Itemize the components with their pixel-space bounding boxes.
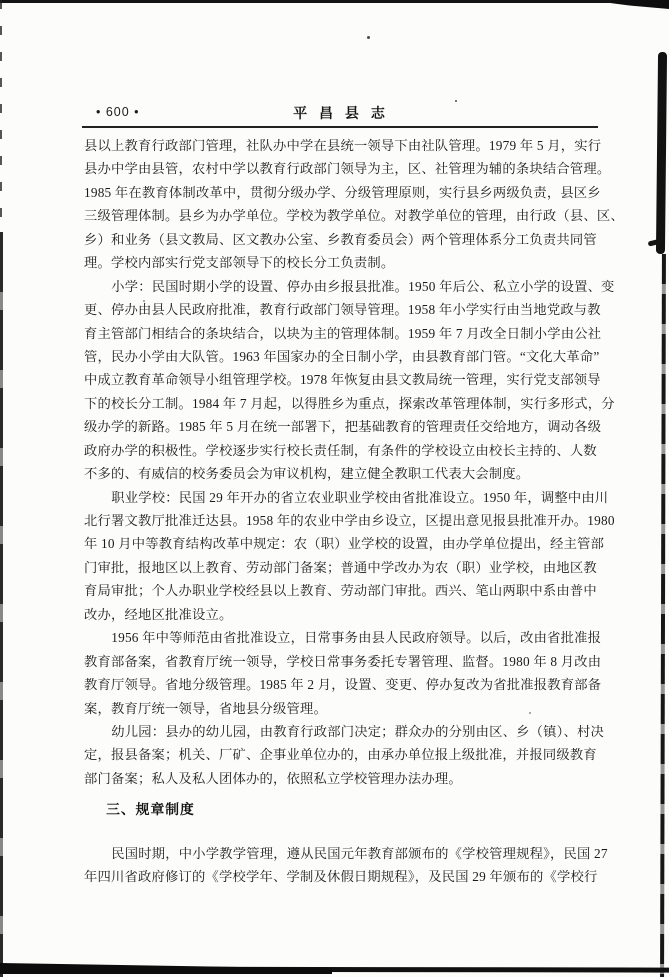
scan-edge-top-right	[611, 0, 669, 9]
text-line: 理。学校内部实行党支部领导下的校长分工负责制。	[84, 251, 596, 274]
section-heading: 三、规章制度	[84, 798, 596, 821]
scanned-book-page: • 600 • 平 昌 县 志 县以上教育行政部门管理，社队办中学在县统一领导下…	[0, 0, 669, 977]
text-line: 年 10 月中等教育结构改革中规定：农（职）业学校的设置，由办学单位提出，经主管…	[84, 532, 596, 555]
scan-speck	[455, 100, 457, 102]
text-line: 乡）和业务（县文教局、区文教办公室、乡教育委员会）两个管理体系分工负责共同管	[84, 228, 596, 251]
text-line: 部门备案；私人及私人团体办的，依照私立学校管理办法办理。	[84, 767, 596, 790]
text-line: 三级管理体制。县乡为办学单位。学校为教学单位。对教学单位的管理，由行政（县、区、	[84, 204, 596, 227]
text-line: 政府办学的积极性。学校逐步实行校长责任制，有条件的学校设立由校长主持的、人数	[84, 439, 596, 462]
scan-edge-bottom-left	[0, 961, 332, 974]
text-line: 级办学的新路。1985 年 5 月在统一部署下，把基础教育的管理责任交给地方，调…	[84, 415, 596, 438]
text-line: 教育厅领导。省地分级管理。1985 年 2 月，设置、变更、停办复改为省批准报教…	[84, 673, 596, 696]
text-line: 育主管部门相结合的条块结合，以块为主的管理体制。1959 年 7 月改全日制小学…	[84, 322, 596, 345]
text-line: 县以上教育行政部门管理，社队办中学在县统一领导下由社队管理。1979 年 5 月…	[84, 134, 596, 157]
scan-speck	[367, 36, 370, 39]
scan-edge-right-hook	[648, 238, 663, 246]
text-line: 育局审批；个人办职业学校经县以上教育、劳动部门审批。西兴、笔山两职中系由普中	[84, 579, 596, 602]
text-line: 幼儿园：县办的幼儿园，由教育行政部门决定；群众办的分别由区、乡（镇）、村决	[84, 720, 596, 743]
text-line: 定，报县备案；机关、厂矿、企事业单位办的，由承办单位报上级批准，并报同级教育	[84, 743, 596, 766]
text-line: 中成立教育革命领导小组管理学校。1978 年恢复由县文教局统一管理，实行党支部领…	[84, 368, 596, 391]
scan-edge-right-line	[660, 254, 666, 977]
text-line: 1985 年在教育体制改革中，贯彻分级办学、分级管理原则，实行县乡两级负责，县区…	[84, 181, 596, 204]
header-rule	[82, 126, 598, 128]
text-line: 下的校长分工制。1984 年 7 月起，以得胜乡为重点，探索改革管理体制，实行多…	[84, 392, 596, 415]
text-line: 案，教育厅统一领导，省地县分级管理。	[84, 697, 596, 720]
scan-edge-top	[0, 0, 669, 3]
text-line: 民国时期，中小学教学管理，遵从民国元年教育部颁布的《学校管理规程》，民国 27	[84, 842, 596, 865]
text-line: 门审批，报地区以上教育、劳动部门备案；普通中学改办为农（职）业学校，由地区教	[84, 556, 596, 579]
text-line: 1956 年中等师范由省批准设立，日常事务由县人民政府领导。以后，改由省批准报	[84, 626, 596, 649]
text-line: 更、停办由县人民政府批准，教育行政部门领导管理。1958 年小学实行由当地党政与…	[84, 298, 596, 321]
text-line: 小学：民国时期小学的设置、停办由乡报县批准。1950 年后公、私立小学的设置、变	[84, 275, 596, 298]
scan-edge-bottom	[0, 966, 669, 972]
scan-edge-left-dots	[0, 0, 2, 232]
text-line: 管，民办小学由大队管。1963 年国家办的全日制小学，由县教育部门管。“文化大革…	[84, 345, 596, 368]
scan-edge-left-line	[0, 232, 3, 977]
scan-edge-right-streak	[656, 52, 667, 254]
text-line: 年四川省政府修订的《学校学年、学制及休假日期规程》，及民国 29 年颁布的《学校…	[84, 865, 596, 888]
text-line: 职业学校：民国 29 年开办的省立农业职业学校由省批准设立。1950 年，调整中…	[84, 486, 596, 509]
book-title: 平 昌 县 志	[84, 103, 598, 123]
page-body: 县以上教育行政部门管理，社队办中学在县统一领导下由社队管理。1979 年 5 月…	[84, 134, 596, 889]
text-line: 改办，经地区批准设立。	[84, 603, 596, 626]
text-line: 不多的、有威信的校务委员会为审议机构，建立健全教职工代表大会制度。	[84, 462, 596, 485]
text-line: 北行署文教厅批准迁达县。1958 年的农业中学由乡设立，区提出意见报县批准开办。…	[84, 509, 596, 532]
running-head: • 600 • 平 昌 县 志	[84, 103, 598, 125]
text-line: 教育部备案，省教育厅统一领导，学校日常事务委托专署管理、监督。1980 年 8 …	[84, 650, 596, 673]
text-line: 县办中学由县管，农村中学以教育行政部门领导为主，区、社管理为辅的条块结合管理。	[84, 157, 596, 180]
